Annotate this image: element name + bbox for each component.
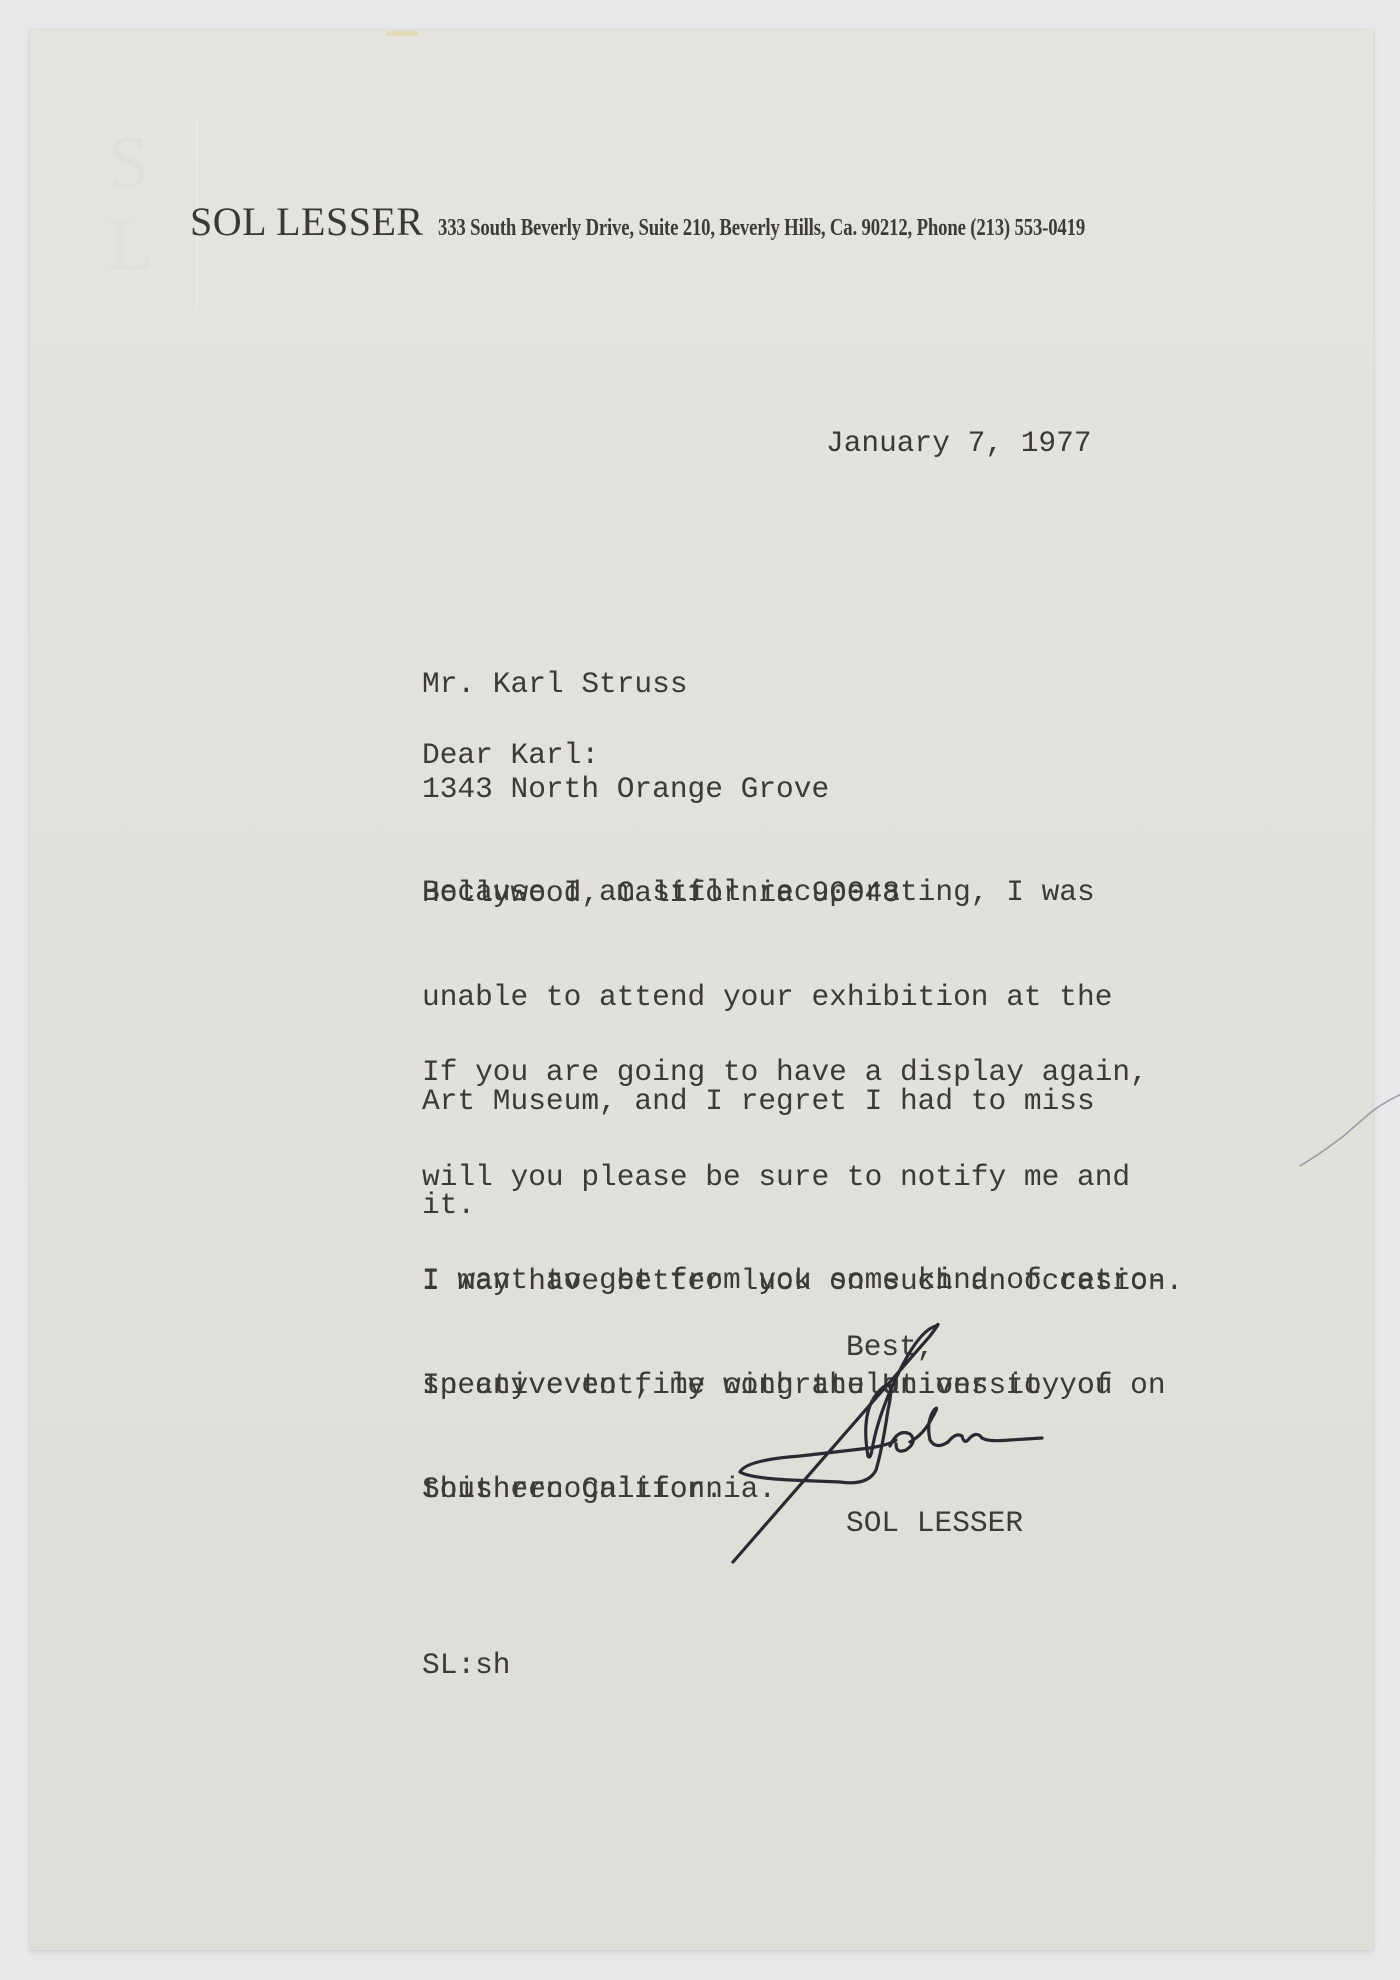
paragraph-line: Because I am still recuperating, I was — [422, 875, 1112, 910]
letterhead-address: 333 South Beverly Drive, Suite 210, Beve… — [438, 215, 1085, 242]
reference-initials: SL:sh — [422, 1648, 511, 1683]
paper-stain — [386, 31, 418, 36]
paragraph-line: If you are going to have a display again… — [422, 1055, 1183, 1090]
salutation: Dear Karl: — [422, 738, 599, 773]
paragraph-line: will you please be sure to notify me and — [422, 1160, 1183, 1195]
letterhead-name: SOL LESSER — [190, 198, 424, 245]
pencil-mark — [1290, 1080, 1400, 1170]
monogram-letter-s: S — [108, 122, 208, 204]
recipient-name: Mr. Karl Struss — [422, 667, 900, 702]
signer-name: SOL LESSER — [846, 1506, 1023, 1541]
letter-date: January 7, 1977 — [826, 426, 1092, 461]
paragraph-line: I want to get from you some kind of retr… — [422, 1263, 1166, 1298]
recipient-street: 1343 North Orange Grove — [422, 772, 900, 807]
letterhead: SOL LESSER 333 South Beverly Drive, Suit… — [190, 198, 1267, 245]
letter-paper: S L SOL LESSER 333 South Beverly Drive, … — [30, 30, 1373, 1950]
